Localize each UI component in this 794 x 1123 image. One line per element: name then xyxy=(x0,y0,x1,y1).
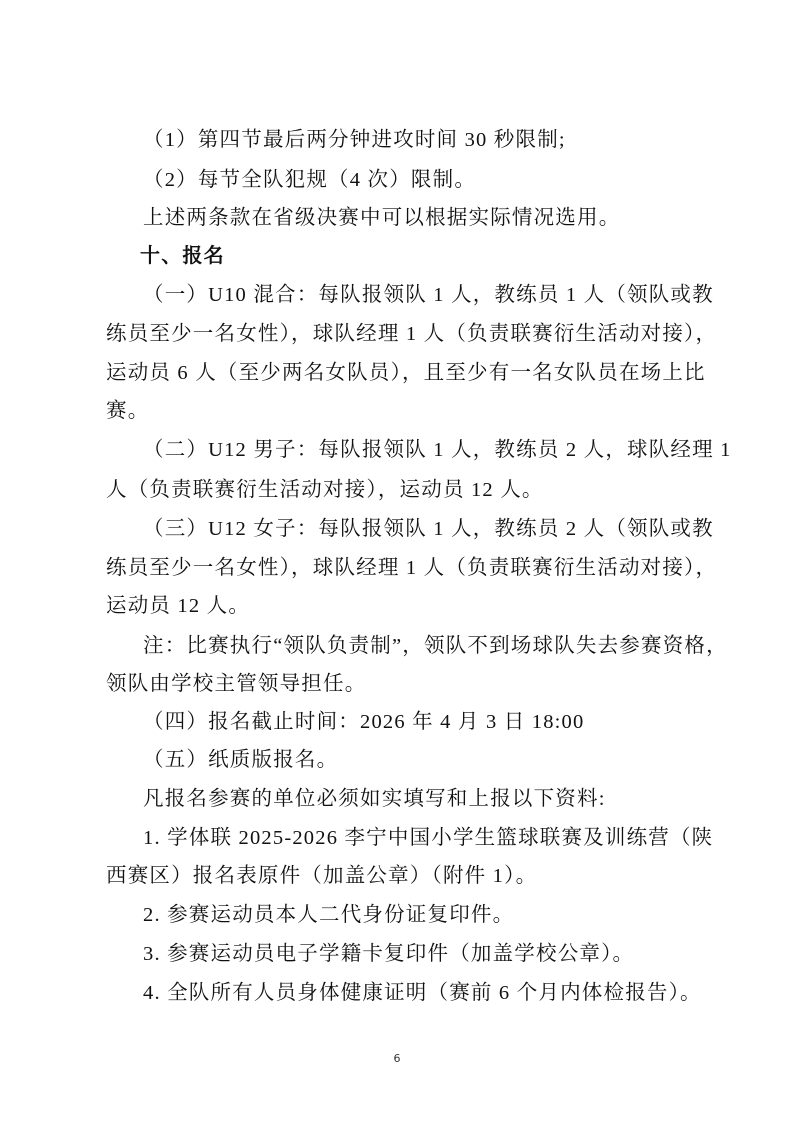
u12-boys-paragraph-line-2: 人（负责联赛衍生活动对接），运动员 12 人。 xyxy=(106,476,706,504)
rule-item-1: （1）第四节最后两分钟进攻时间 30 秒限制; xyxy=(143,126,743,154)
u12-girls-paragraph-line-3: 运动员 12 人。 xyxy=(106,592,706,620)
u10-paragraph-line-3: 运动员 6 人（至少两名女队员），且至少有一名女队员在场上比 xyxy=(106,359,706,387)
rule-note: 上述两条款在省级决赛中可以根据实际情况选用。 xyxy=(143,204,743,232)
note-paragraph-line-1: 注：比赛执行“领队负责制”，领队不到场球队失去参赛资格， xyxy=(143,632,743,660)
material-item-2: 2. 参赛运动员本人二代身份证复印件。 xyxy=(143,901,743,929)
deadline-line: （四）报名截止时间：2026 年 4 月 3 日 18:00 xyxy=(143,708,743,736)
paper-registration-line: （五）纸质版报名。 xyxy=(143,746,743,774)
page-number: 6 xyxy=(0,1052,794,1065)
u12-girls-paragraph-line-2: 练员至少一名女性），球队经理 1 人（负责联赛衍生活动对接）， xyxy=(106,554,706,582)
note-paragraph-line-2: 领队由学校主管领导担任。 xyxy=(106,670,706,698)
rule-item-2: （2）每节全队犯规（4 次）限制。 xyxy=(143,166,743,194)
u12-girls-paragraph-line-1: （三）U12 女子：每队报领队 1 人，教练员 2 人（领队或教 xyxy=(143,515,743,543)
u10-paragraph-line-4: 赛。 xyxy=(106,397,706,425)
u10-paragraph-line-2: 练员至少一名女性），球队经理 1 人（负责联赛衍生活动对接）， xyxy=(106,320,706,348)
section-heading-registration: 十、报名 xyxy=(140,241,740,269)
material-item-4: 4. 全队所有人员身体健康证明（赛前 6 个月内体检报告）。 xyxy=(143,979,743,1007)
u10-paragraph-line-1: （一）U10 混合：每队报领队 1 人，教练员 1 人（领队或教 xyxy=(143,281,743,309)
u12-boys-paragraph-line-1: （二）U12 男子：每队报领队 1 人，教练员 2 人，球队经理 1 xyxy=(143,436,743,464)
material-item-1-line-1: 1. 学体联 2025-2026 李宁中国小学生篮球联赛及训练营（陕 xyxy=(143,824,743,852)
document-page: （1）第四节最后两分钟进攻时间 30 秒限制; （2）每节全队犯规（4 次）限制… xyxy=(0,0,794,1123)
material-item-1-line-2: 西赛区）报名表原件（加盖公章）（附件 1）。 xyxy=(106,862,706,890)
material-item-3: 3. 参赛运动员电子学籍卡复印件（加盖学校公章）。 xyxy=(143,940,743,968)
materials-intro-line: 凡报名参赛的单位必须如实填写和上报以下资料: xyxy=(143,785,743,813)
